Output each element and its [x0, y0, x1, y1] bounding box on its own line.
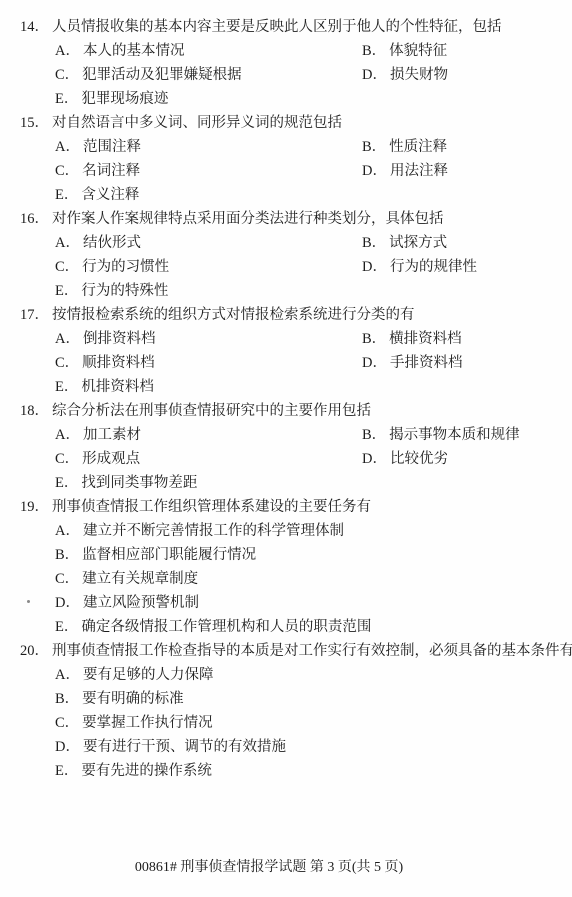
question-number: 14． — [20, 15, 49, 39]
option-row: C．形成观点D．比较优劣 — [55, 447, 572, 471]
option-label: A． — [55, 327, 80, 351]
question-number: 17． — [20, 303, 49, 327]
option-row: B．监督相应部门职能履行情况 — [55, 543, 572, 567]
option-row: C．行为的习惯性D．行为的规律性 — [55, 255, 572, 279]
option-text: 形成观点 — [82, 451, 140, 467]
option-label: D． — [362, 447, 387, 471]
option-label: C． — [55, 447, 79, 471]
question-text: 刑事侦查情报工作检查指导的本质是对工作实行有效控制，必须具备的基本条件有 — [52, 643, 572, 659]
option: E．犯罪现场痕迹 — [55, 87, 362, 111]
option: D．建立风险预警机制 — [55, 595, 199, 611]
option: D．用法注释 — [362, 159, 448, 183]
option-text: 机排资料档 — [81, 379, 154, 395]
option-label: B． — [362, 327, 386, 351]
question: 17．按情报检索系统的组织方式对情报检索系统进行分类的有A．倒排资料档B．横排资… — [0, 303, 572, 399]
option-text: 名词注释 — [82, 163, 140, 179]
option-row: E．含义注释 — [55, 183, 572, 207]
option-text: 结伙形式 — [83, 235, 141, 251]
option-list: A．建立并不断完善情报工作的科学管理体制B．监督相应部门职能履行情况C．建立有关… — [0, 519, 572, 639]
question-stem-row: 20．刑事侦查情报工作检查指导的本质是对工作实行有效控制，必须具备的基本条件有 — [0, 639, 572, 663]
option: E．确定各级情报工作管理机构和人员的职责范围 — [55, 619, 371, 635]
option: D．损失财物 — [362, 63, 448, 87]
option-list: A．本人的基本情况B．体貌特征C．犯罪活动及犯罪嫌疑根据D．损失财物E．犯罪现场… — [0, 39, 572, 111]
option-label: E． — [55, 759, 78, 783]
option-label: B． — [55, 543, 79, 567]
option-row: A．结伙形式B．试探方式 — [55, 231, 572, 255]
option: C．顺排资料档 — [55, 351, 362, 375]
option: C．要掌握工作执行情况 — [55, 715, 213, 731]
option: E．机排资料档 — [55, 375, 362, 399]
option: C．名词注释 — [55, 159, 362, 183]
page-footer: 00861# 刑事侦查情报学试题 第 3 页(共 5 页) — [0, 858, 538, 878]
option-text: 要有足够的人力保障 — [83, 667, 214, 683]
option-label: E． — [55, 471, 78, 495]
option-row: A．本人的基本情况B．体貌特征 — [55, 39, 572, 63]
option: B．揭示事物本质和规律 — [362, 423, 520, 447]
option: D．行为的规律性 — [362, 255, 477, 279]
option-label: D． — [55, 591, 80, 615]
question-number: 16． — [20, 207, 49, 231]
option-text: 顺排资料档 — [82, 355, 155, 371]
option-text: 找到同类事物差距 — [81, 475, 197, 491]
option: A．建立并不断完善情报工作的科学管理体制 — [55, 523, 344, 539]
option: E．要有先进的操作系统 — [55, 763, 212, 779]
option-text: 范围注释 — [83, 139, 141, 155]
option-label: D． — [362, 255, 387, 279]
option-text: 要有明确的标准 — [82, 691, 184, 707]
option-text: 揭示事物本质和规律 — [389, 427, 520, 443]
option-label: A． — [55, 39, 80, 63]
option-text: 含义注释 — [81, 187, 139, 203]
question-text: 对自然语言中多义词、同形异义词的规范包括 — [52, 115, 342, 131]
option: A．加工素材 — [55, 423, 362, 447]
option-text: 加工素材 — [83, 427, 141, 443]
question-stem-row: 19．刑事侦查情报工作组织管理体系建设的主要任务有 — [0, 495, 572, 519]
option-label: E． — [55, 279, 78, 303]
option-text: 建立有关规章制度 — [82, 571, 198, 587]
question: 19．刑事侦查情报工作组织管理体系建设的主要任务有A．建立并不断完善情报工作的科… — [0, 495, 572, 639]
question-stem-row: 15．对自然语言中多义词、同形异义词的规范包括 — [0, 111, 572, 135]
option: A．本人的基本情况 — [55, 39, 362, 63]
option-text: 要有先进的操作系统 — [81, 763, 212, 779]
option-text: 用法注释 — [390, 163, 448, 179]
option-row: E．犯罪现场痕迹 — [55, 87, 572, 111]
exam-page: 14．人员情报收集的基本内容主要是反映此人区别于他人的个性特征，包括A．本人的基… — [0, 0, 572, 897]
option-text: 监督相应部门职能履行情况 — [82, 547, 256, 563]
question-text: 按情报检索系统的组织方式对情报检索系统进行分类的有 — [52, 307, 415, 323]
option-text: 行为的特殊性 — [81, 283, 168, 299]
option: E．行为的特殊性 — [55, 279, 362, 303]
option: D．要有进行干预、调节的有效措施 — [55, 739, 286, 755]
option-text: 行为的习惯性 — [82, 259, 169, 275]
option-label: A． — [55, 519, 80, 543]
option-text: 手排资料档 — [390, 355, 463, 371]
option-label: D． — [55, 735, 80, 759]
option-label: B． — [362, 39, 386, 63]
question-number: 20． — [20, 639, 49, 663]
question-number: 18． — [20, 399, 49, 423]
option-text: 犯罪现场痕迹 — [81, 91, 168, 107]
option-row: E．机排资料档 — [55, 375, 572, 399]
question-text: 刑事侦查情报工作组织管理体系建设的主要任务有 — [52, 499, 371, 515]
option-label: B． — [55, 687, 79, 711]
question: 20．刑事侦查情报工作检查指导的本质是对工作实行有效控制，必须具备的基本条件有A… — [0, 639, 572, 783]
option-text: 要掌握工作执行情况 — [82, 715, 213, 731]
option-label: E． — [55, 87, 78, 111]
option-row: A．要有足够的人力保障 — [55, 663, 572, 687]
option-list: A．倒排资料档B．横排资料档C．顺排资料档D．手排资料档E．机排资料档 — [0, 327, 572, 399]
option-row: A．建立并不断完善情报工作的科学管理体制 — [55, 519, 572, 543]
option: C．形成观点 — [55, 447, 362, 471]
option-text: 比较优劣 — [390, 451, 448, 467]
option-row: A．范围注释B．性质注释 — [55, 135, 572, 159]
option-label: C． — [55, 711, 79, 735]
option: E．含义注释 — [55, 183, 362, 207]
option: A．要有足够的人力保障 — [55, 667, 213, 683]
question-text: 综合分析法在刑事侦查情报研究中的主要作用包括 — [52, 403, 371, 419]
option-row: A．加工素材B．揭示事物本质和规律 — [55, 423, 572, 447]
option: B．监督相应部门职能履行情况 — [55, 547, 256, 563]
option-row: E．行为的特殊性 — [55, 279, 572, 303]
option: C．行为的习惯性 — [55, 255, 362, 279]
option-label: C． — [55, 351, 79, 375]
question: 15．对自然语言中多义词、同形异义词的规范包括A．范围注释B．性质注释C．名词注… — [0, 111, 572, 207]
option-row: E．确定各级情报工作管理机构和人员的职责范围 — [55, 615, 572, 639]
option-text: 体貌特征 — [389, 43, 447, 59]
option-text: 行为的规律性 — [390, 259, 477, 275]
question: 16．对作案人作案规律特点采用面分类法进行种类划分，具体包括A．结伙形式B．试探… — [0, 207, 572, 303]
option-row: C．名词注释D．用法注释 — [55, 159, 572, 183]
question-number: 15． — [20, 111, 49, 135]
question-stem-row: 14．人员情报收集的基本内容主要是反映此人区别于他人的个性特征，包括 — [0, 15, 572, 39]
option: A．倒排资料档 — [55, 327, 362, 351]
option-label: D． — [362, 159, 387, 183]
option-label: A． — [55, 423, 80, 447]
option-label: D． — [362, 63, 387, 87]
option: B．试探方式 — [362, 231, 447, 255]
option: E．找到同类事物差距 — [55, 471, 362, 495]
option: B．要有明确的标准 — [55, 691, 184, 707]
option-text: 要有进行干预、调节的有效措施 — [83, 739, 286, 755]
question-number: 19． — [20, 495, 49, 519]
option-label: B． — [362, 135, 386, 159]
option-text: 损失财物 — [390, 67, 448, 83]
option-row: B．要有明确的标准 — [55, 687, 572, 711]
option: D．手排资料档 — [362, 351, 462, 375]
option-text: 建立风险预警机制 — [83, 595, 199, 611]
option: C．建立有关规章制度 — [55, 571, 198, 587]
question-text: 人员情报收集的基本内容主要是反映此人区别于他人的个性特征，包括 — [52, 19, 502, 35]
option-text: 犯罪活动及犯罪嫌疑根据 — [82, 67, 242, 83]
question-list: 14．人员情报收集的基本内容主要是反映此人区别于他人的个性特征，包括A．本人的基… — [0, 15, 572, 783]
option-row: A．倒排资料档B．横排资料档 — [55, 327, 572, 351]
option-text: 本人的基本情况 — [83, 43, 185, 59]
option: A．结伙形式 — [55, 231, 362, 255]
question-stem-row: 16．对作案人作案规律特点采用面分类法进行种类划分，具体包括 — [0, 207, 572, 231]
option-list: A．范围注释B．性质注释C．名词注释D．用法注释E．含义注释 — [0, 135, 572, 207]
option-label: C． — [55, 567, 79, 591]
option: B．性质注释 — [362, 135, 447, 159]
option-row: E．要有先进的操作系统 — [55, 759, 572, 783]
option-row: E．找到同类事物差距 — [55, 471, 572, 495]
option-list: A．要有足够的人力保障B．要有明确的标准C．要掌握工作执行情况D．要有进行干预、… — [0, 663, 572, 783]
option-label: E． — [55, 375, 78, 399]
option-row: D．建立风险预警机制 — [55, 591, 572, 615]
option: B．体貌特征 — [362, 39, 447, 63]
option-row: C．要掌握工作执行情况 — [55, 711, 572, 735]
option-list: A．加工素材B．揭示事物本质和规律C．形成观点D．比较优劣E．找到同类事物差距 — [0, 423, 572, 495]
option: D．比较优劣 — [362, 447, 448, 471]
option-label: E． — [55, 615, 78, 639]
question-stem-row: 18．综合分析法在刑事侦查情报研究中的主要作用包括 — [0, 399, 572, 423]
option-text: 横排资料档 — [389, 331, 462, 347]
option-row: C．建立有关规章制度 — [55, 567, 572, 591]
option-text: 倒排资料档 — [83, 331, 156, 347]
option-label: A． — [55, 135, 80, 159]
option-label: A． — [55, 663, 80, 687]
question: 14．人员情报收集的基本内容主要是反映此人区别于他人的个性特征，包括A．本人的基… — [0, 15, 572, 111]
option-label: E． — [55, 183, 78, 207]
question-stem-row: 17．按情报检索系统的组织方式对情报检索系统进行分类的有 — [0, 303, 572, 327]
option-row: C．犯罪活动及犯罪嫌疑根据D．损失财物 — [55, 63, 572, 87]
option-text: 建立并不断完善情报工作的科学管理体制 — [83, 523, 344, 539]
option-label: B． — [362, 231, 386, 255]
option-label: B． — [362, 423, 386, 447]
question: 18．综合分析法在刑事侦查情报研究中的主要作用包括A．加工素材B．揭示事物本质和… — [0, 399, 572, 495]
option-text: 性质注释 — [389, 139, 447, 155]
option-row: C．顺排资料档D．手排资料档 — [55, 351, 572, 375]
option-list: A．结伙形式B．试探方式C．行为的习惯性D．行为的规律性E．行为的特殊性 — [0, 231, 572, 303]
option: A．范围注释 — [55, 135, 362, 159]
scan-artifact-dot — [27, 600, 30, 603]
option-label: C． — [55, 63, 79, 87]
option-row: D．要有进行干预、调节的有效措施 — [55, 735, 572, 759]
option-label: C． — [55, 255, 79, 279]
option-label: A． — [55, 231, 80, 255]
option-label: C． — [55, 159, 79, 183]
option: B．横排资料档 — [362, 327, 462, 351]
option-text: 确定各级情报工作管理机构和人员的职责范围 — [81, 619, 371, 635]
option-text: 试探方式 — [389, 235, 447, 251]
question-text: 对作案人作案规律特点采用面分类法进行种类划分，具体包括 — [52, 211, 444, 227]
footer-text: 00861# 刑事侦查情报学试题 第 3 页(共 5 页) — [135, 860, 403, 875]
option: C．犯罪活动及犯罪嫌疑根据 — [55, 63, 362, 87]
option-label: D． — [362, 351, 387, 375]
